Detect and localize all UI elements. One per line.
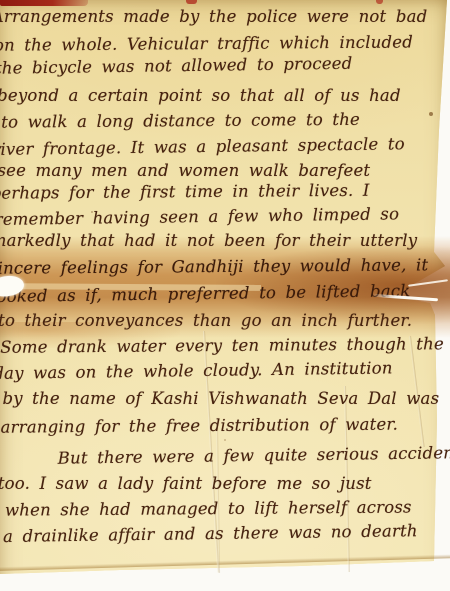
letter-line: to walk a long distance to come to the <box>1 110 360 132</box>
letter-line: markedly that had it not been for their … <box>0 231 417 250</box>
letter-line: remember having seen a few who limped so <box>0 204 399 229</box>
letter-line: too. I saw a lady faint before me so jus… <box>0 474 372 493</box>
letter-line: a drainlike affair and as there was no d… <box>3 521 418 546</box>
letter-line: see many men and women walk barefeet <box>0 161 370 180</box>
letter-line: by the name of Kashi Vishwanath Seva Dal… <box>2 389 439 408</box>
letter-line: to their conveyances than go an inch fur… <box>0 311 412 330</box>
letter-line: river frontage. It was a pleasant specta… <box>0 134 405 159</box>
letter-line: Arrangements made by the police were not… <box>0 7 427 26</box>
letter-line: looked as if, much preferred to be lifte… <box>0 281 411 306</box>
letter-line: when she had managed to lift herself acr… <box>5 497 412 519</box>
letter-line: beyond a certain point so that all of us… <box>0 86 401 105</box>
letter-line: But there were a few quite serious accid… <box>58 443 450 468</box>
red-scan-mark <box>0 0 88 6</box>
letter-line: perhaps for the first time in their live… <box>0 181 370 203</box>
letter-line: Some drank water every ten minutes thoug… <box>0 334 444 356</box>
letter-line: sincere feelings for Gandhiji they would… <box>0 255 428 277</box>
red-scan-dot <box>186 0 197 4</box>
letter-line: arranging for the free distribution of w… <box>0 415 398 437</box>
letter-line: the bicycle was not allowed to proceed <box>0 54 353 78</box>
letter-line: on the whole. Vehicular traffic which in… <box>0 32 413 54</box>
letter-line: day was on the whole cloudy. An institut… <box>0 358 393 383</box>
